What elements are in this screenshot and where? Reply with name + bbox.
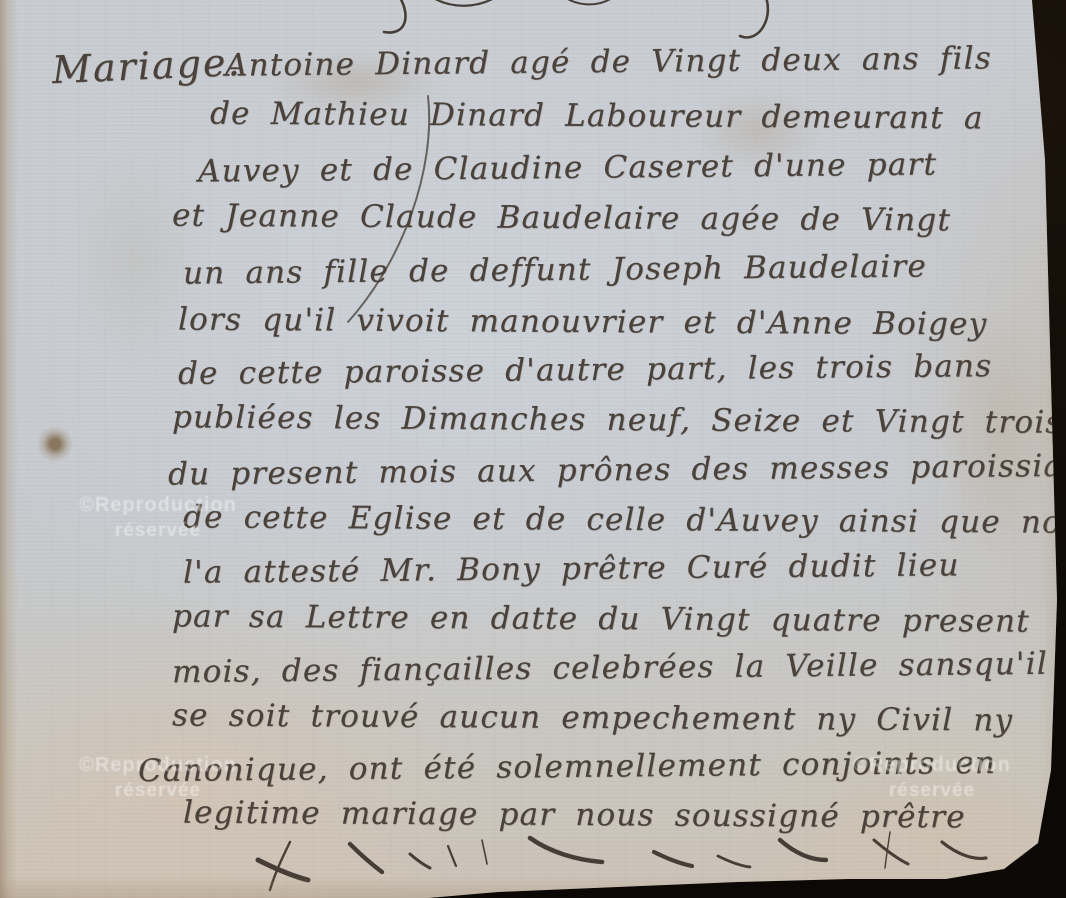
paper-smudge (60, 140, 210, 380)
text-line-10: de cette Eglise et de celle d'Auvey ains… (183, 499, 1066, 541)
paper-smudge (688, 86, 828, 176)
edge-discoloration (940, 300, 1060, 560)
text-line-9: du present mois aux prônes des messes pa… (168, 447, 1066, 492)
watermark-reproduction-left: ©Reproduction réservée (78, 492, 238, 544)
manuscript-page: Mariage. Antoine Dinard agé de Vingt deu… (0, 0, 1066, 898)
text-line-11: l'a attesté Mr. Bony prêtre Curé dudit l… (183, 547, 960, 590)
watermark-reproduction-bottom-right: ©Reproduction réservée (852, 752, 1012, 804)
text-line-1: Antoine Dinard agé de Vingt deux ans fil… (225, 40, 992, 83)
watermark-line1: ©Reproduction (79, 494, 237, 516)
text-line-2: de Mathieu Dinard Laboureur demeurant a (210, 96, 984, 137)
photo-background: Mariage. Antoine Dinard agé de Vingt deu… (0, 0, 1066, 898)
watermark-line2: réservée (78, 518, 238, 544)
watermark-line2: réservée (852, 778, 1012, 804)
text-line-8: publiées les Dimanches neuf, Seize et Vi… (172, 399, 1063, 440)
pen-descender-flourish (0, 0, 500, 360)
watermark-line2: réservée (78, 778, 238, 804)
text-line-7: de cette paroisse d'autre part, les troi… (178, 348, 993, 392)
text-line-4: et Jeanne Claude Baudelaire agée de Ving… (172, 198, 951, 239)
text-line-12: par sa Lettre en datte du Vingt quatre p… (172, 598, 1030, 639)
ink-blot-stain (38, 424, 72, 464)
text-line-6: lors qu'il vivoit manouvrier et d'Anne B… (178, 302, 988, 343)
text-line-3: Auvey et de Claudine Caseret d'une part (198, 146, 937, 189)
margin-label-mariage: Mariage. (51, 40, 242, 92)
text-line-14: se soit trouvé aucun empechement ny Civi… (172, 697, 1013, 738)
pen-flourish-strokes (230, 834, 990, 896)
watermark-line1: ©Reproduction (853, 754, 1011, 776)
watermark-line1: ©Reproduction (79, 754, 237, 776)
cut-off-line-fragment (0, 0, 1066, 60)
text-line-13: mois, des fiançailles celebrées la Veill… (172, 646, 1048, 690)
text-line-15: Canonique, ont été solemnellement conjoi… (138, 745, 996, 789)
watermark-reproduction-bottom-left: ©Reproduction réservée (78, 752, 238, 804)
text-line-16: legitime mariage par nous soussigné prêt… (183, 795, 966, 836)
text-line-5: un ans fille de deffunt Joseph Baudelair… (183, 248, 927, 291)
paper-smudge (260, 48, 450, 118)
